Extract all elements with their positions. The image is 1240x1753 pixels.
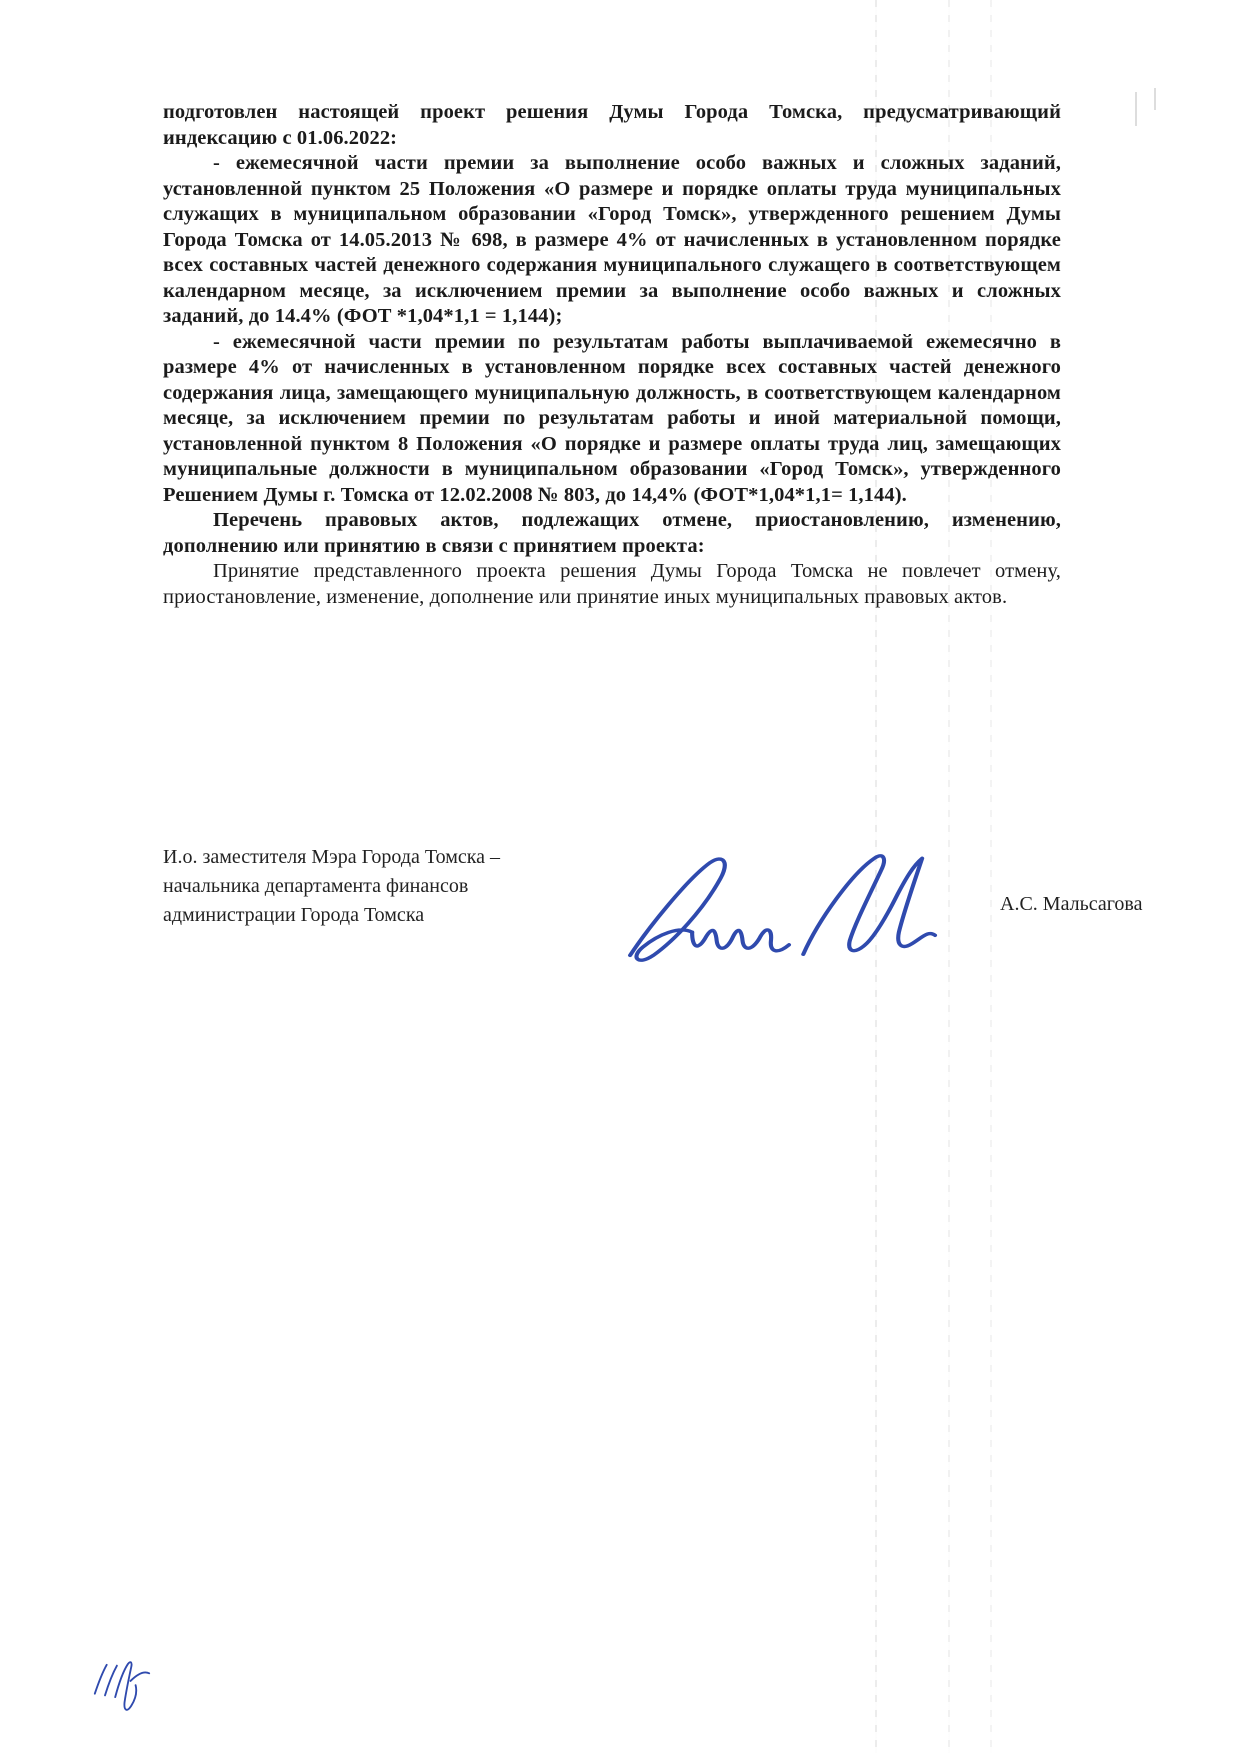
signatory-title-line-1: И.о. заместителя Мэра Города Томска – — [163, 843, 500, 872]
paragraph-adoption-consequences: Принятие представленного проекта решения… — [163, 559, 1061, 610]
signatory-name: А.С. Мальсагова — [1000, 893, 1142, 916]
signatory-title-line-2: начальника департамента финансов — [163, 872, 500, 901]
signature-image — [612, 852, 948, 968]
signatory-title-line-3: администрации Города Томска — [163, 901, 500, 930]
paragraph-bullet-monthly-bonus-results: - ежемесячной части премии по результата… — [163, 330, 1061, 509]
scan-artifact-tick — [1154, 88, 1156, 110]
paragraph-bullet-monthly-bonus-tasks: - ежемесячной части премии за выполнение… — [163, 151, 1061, 330]
signatory-title: И.о. заместителя Мэра Города Томска – на… — [163, 843, 500, 930]
document-text: подготовлен настоящей проект решения Дум… — [163, 100, 1061, 610]
paragraph-continuation: подготовлен настоящей проект решения Дум… — [163, 100, 1061, 151]
initials-mark — [88, 1658, 156, 1726]
paragraph-legal-acts-list-heading: Перечень правовых актов, подлежащих отме… — [163, 508, 1061, 559]
page: подготовлен настоящей проект решения Дум… — [0, 0, 1240, 1753]
scan-artifact-tick — [1135, 92, 1137, 126]
